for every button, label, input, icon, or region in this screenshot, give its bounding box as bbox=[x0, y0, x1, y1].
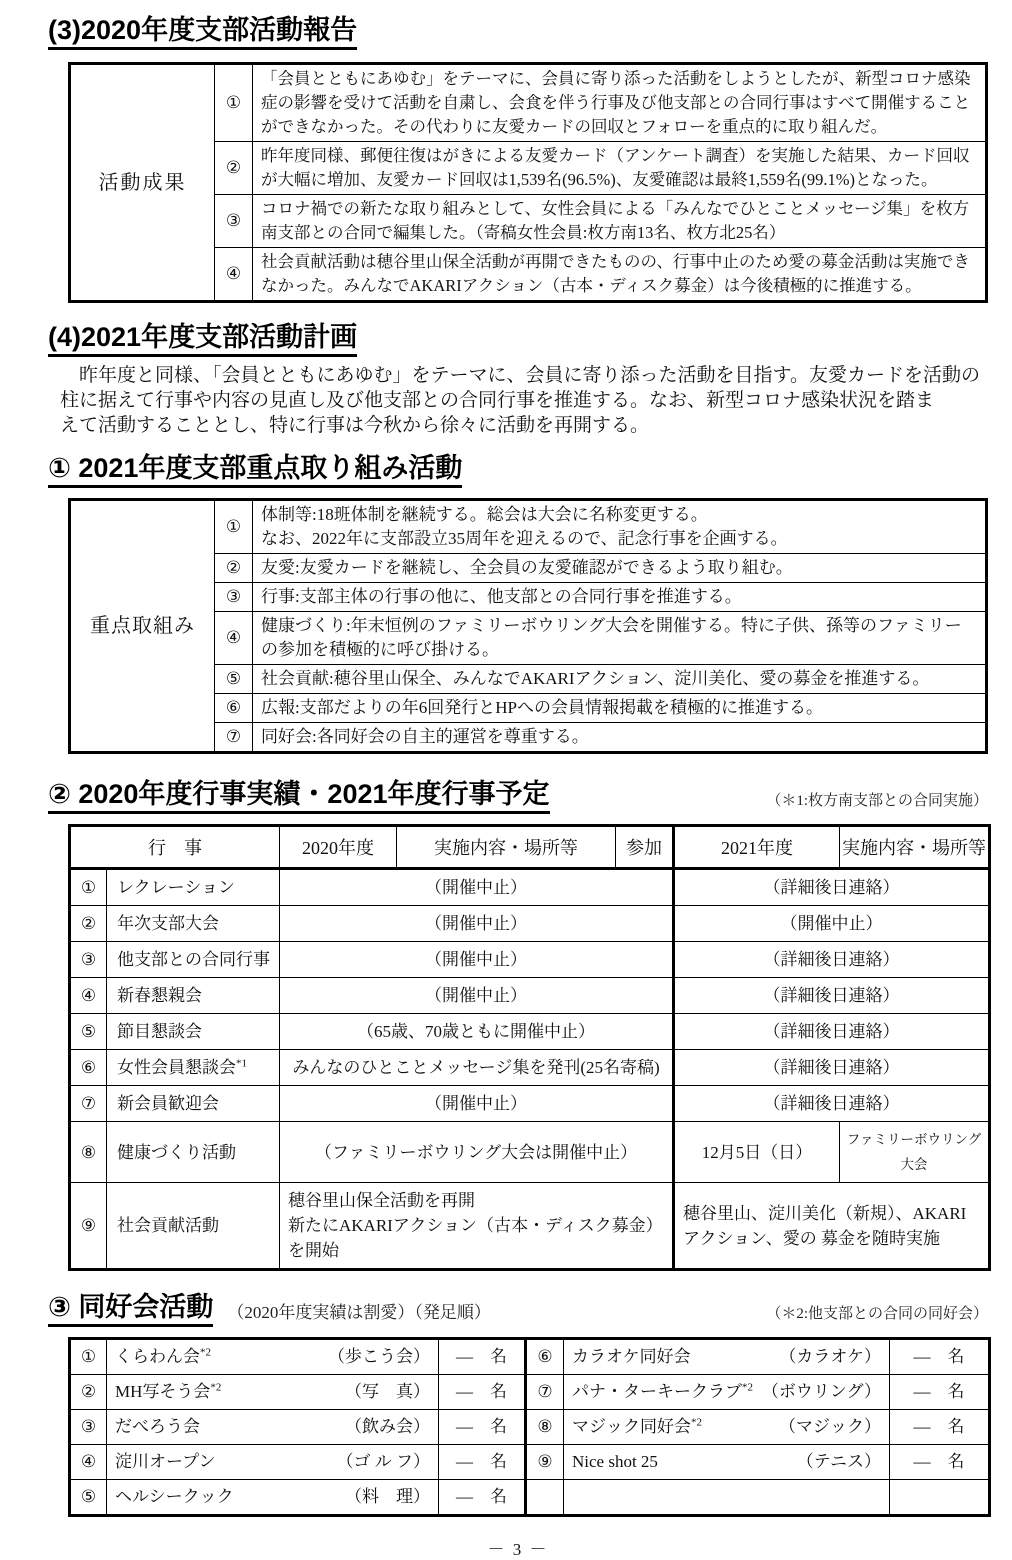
club-number: ⑥ bbox=[526, 1339, 564, 1375]
item-number: ② bbox=[215, 554, 253, 583]
item-number: ④ bbox=[215, 612, 253, 665]
club-row: ① くらわん会*2（歩こう会） ― 名 ⑥ カラオケ同好会（カラオケ） ― 名 bbox=[70, 1339, 990, 1375]
club-name: マジック同好会*2 bbox=[572, 1414, 702, 1440]
section3-title: (3)2020年度支部活動報告 bbox=[48, 14, 988, 50]
club-count: ― 名 bbox=[439, 1410, 526, 1445]
club-name-cell bbox=[564, 1480, 890, 1516]
col-header-detail-2020: 実施内容・場所等 bbox=[397, 826, 616, 869]
event-2020-status: みんなのひとことメッセージ集を発刊(25名寄稿) bbox=[280, 1050, 674, 1086]
club-name-cell: マジック同好会*2（マジック） bbox=[564, 1410, 890, 1445]
event-2020-status: （65歳、70歳ともに開催中止） bbox=[280, 1014, 674, 1050]
item-number: ① bbox=[215, 500, 253, 554]
item-number: ③ bbox=[215, 583, 253, 612]
event-name: 他支部との合同行事 bbox=[107, 942, 280, 978]
events-note: （＊1:枚方南支部との合同実施） bbox=[766, 789, 988, 814]
event-row: ⑥ 女性会員懇談会*1 みんなのひとことメッセージ集を発刊(25名寄稿) （詳細… bbox=[70, 1050, 990, 1086]
club-name: くらわん会*2 bbox=[115, 1344, 211, 1370]
event-2021-status: （詳細後日連絡） bbox=[674, 978, 990, 1014]
section4-title-text: (4)2021年度支部活動計画 bbox=[48, 321, 357, 357]
event-2021-status: （詳細後日連絡） bbox=[674, 869, 990, 906]
event-name: 社会貢献活動 bbox=[107, 1183, 280, 1270]
club-count bbox=[890, 1480, 990, 1516]
event-row: ⑦ 新会員歓迎会 （開催中止） （詳細後日連絡） bbox=[70, 1086, 990, 1122]
events-title-bar: ② 2020年度行事実績・2021年度行事予定 （＊1:枚方南支部との合同実施） bbox=[48, 778, 988, 814]
event-2020-status: （ファミリーボウリング大会は開催中止） bbox=[280, 1122, 674, 1183]
events-title: ② 2020年度行事実績・2021年度行事予定 bbox=[48, 778, 550, 814]
focus-text: 友愛:友愛カードを継続し、全会員の友愛確認ができるよう取り組む。 bbox=[253, 554, 987, 583]
club-count: ― 名 bbox=[439, 1375, 526, 1410]
club-type: （ボウリング） bbox=[762, 1379, 881, 1405]
event-number: ⑤ bbox=[70, 1014, 107, 1050]
event-row: ① レクレーション （開催中止） （詳細後日連絡） bbox=[70, 869, 990, 906]
club-name-cell: くらわん会*2（歩こう会） bbox=[107, 1339, 439, 1375]
club-row: ② MH写そう会*2（写 真） ― 名 ⑦ パナ・ターキークラブ*2（ボウリング… bbox=[70, 1375, 990, 1410]
club-type: （カラオケ） bbox=[779, 1344, 881, 1370]
focus-text: 行事:支部主体の行事の他に、他支部との合同行事を推進する。 bbox=[253, 583, 987, 612]
event-2020-status: 穂谷里山保全活動を再開 新たにAKARIアクション（古本・ディスク募金）を開始 bbox=[280, 1183, 674, 1270]
focus-activities-title-text: ① 2021年度支部重点取り組み活動 bbox=[48, 452, 462, 488]
item-number: ③ bbox=[215, 195, 253, 248]
club-footnote: *2 bbox=[200, 1346, 211, 1358]
club-type: （ゴ ル フ） bbox=[337, 1449, 431, 1475]
club-footnote: *2 bbox=[742, 1381, 753, 1393]
event-name: 新会員歓迎会 bbox=[107, 1086, 280, 1122]
item-number: ① bbox=[215, 64, 253, 142]
event-name: 年次支部大会 bbox=[107, 906, 280, 942]
event-number: ④ bbox=[70, 978, 107, 1014]
club-type: （マジック） bbox=[779, 1414, 881, 1440]
club-name-cell: パナ・ターキークラブ*2（ボウリング） bbox=[564, 1375, 890, 1410]
focus-text: 健康づくり:年末恒例のファミリーボウリング大会を開催する。特に子供、孫等のファミ… bbox=[253, 612, 987, 665]
club-count: ― 名 bbox=[439, 1445, 526, 1480]
event-2021-status: （詳細後日連絡） bbox=[674, 1086, 990, 1122]
event-2020-status: （開催中止） bbox=[280, 942, 674, 978]
club-count: ― 名 bbox=[890, 1410, 990, 1445]
club-count: ― 名 bbox=[890, 1339, 990, 1375]
club-count: ― 名 bbox=[890, 1445, 990, 1480]
item-number: ② bbox=[215, 142, 253, 195]
event-number: ⑨ bbox=[70, 1183, 107, 1270]
col-header-detail-2021: 実施内容・場所等 bbox=[840, 826, 990, 869]
event-2021-status: （詳細後日連絡） bbox=[674, 1014, 990, 1050]
club-name-cell: だべろう会（飲み会） bbox=[107, 1410, 439, 1445]
club-count: ― 名 bbox=[439, 1480, 526, 1516]
event-number: ⑦ bbox=[70, 1086, 107, 1122]
section3-title-text: (3)2020年度支部活動報告 bbox=[48, 14, 357, 50]
result-text: 「会員とともにあゆむ」をテーマに、会員に寄り添った活動をしようとしたが、新型コロ… bbox=[253, 64, 987, 142]
clubs-note: （＊2:他支部との合同の同好会） bbox=[766, 1302, 988, 1327]
event-row: ③ 他支部との合同行事 （開催中止） （詳細後日連絡） bbox=[70, 942, 990, 978]
event-2020-status: （開催中止） bbox=[280, 906, 674, 942]
club-type: （歩こう会） bbox=[328, 1344, 430, 1370]
event-row: ⑨ 社会貢献活動 穂谷里山保全活動を再開 新たにAKARIアクション（古本・ディ… bbox=[70, 1183, 990, 1270]
clubs-title-bar: ③ 同好会活動 （2020年度実績は割愛）（発足順） （＊2:他支部との合同の同… bbox=[48, 1291, 988, 1327]
event-row: ⑤ 節目懇談会 （65歳、70歳ともに開催中止） （詳細後日連絡） bbox=[70, 1014, 990, 1050]
events-table: 行 事 2020年度 実施内容・場所等 参加 2021年度 実施内容・場所等 ①… bbox=[68, 824, 991, 1271]
item-number: ⑤ bbox=[215, 665, 253, 694]
event-2021-detail: ファミリーボウリング大会 bbox=[840, 1122, 990, 1183]
event-name: 女性会員懇談会*1 bbox=[107, 1050, 280, 1086]
club-row: ④ 淀川オープン（ゴ ル フ） ― 名 ⑨ Nice shot 25（テニス） … bbox=[70, 1445, 990, 1480]
clubs-title: ③ 同好会活動 bbox=[48, 1291, 213, 1327]
club-type: （料 理） bbox=[345, 1484, 430, 1510]
event-name-text: 女性会員懇談会 bbox=[117, 1058, 236, 1077]
event-name: 節目懇談会 bbox=[107, 1014, 280, 1050]
club-number: ⑨ bbox=[526, 1445, 564, 1480]
club-number: ⑤ bbox=[70, 1480, 107, 1516]
page-number: － 3 － bbox=[48, 1535, 988, 1560]
club-name-cell: 淀川オープン（ゴ ル フ） bbox=[107, 1445, 439, 1480]
club-name: カラオケ同好会 bbox=[572, 1344, 691, 1370]
section4-title: (4)2021年度支部活動計画 bbox=[48, 321, 988, 357]
club-name: パナ・ターキークラブ*2 bbox=[572, 1379, 753, 1405]
club-number: ④ bbox=[70, 1445, 107, 1480]
result-text: コロナ禍での新たな取り組みとして、女性会員による「みんなでひとことメッセージ集」… bbox=[253, 195, 987, 248]
club-name-cell: MH写そう会*2（写 真） bbox=[107, 1375, 439, 1410]
club-footnote: *2 bbox=[210, 1381, 221, 1393]
event-number: ⑥ bbox=[70, 1050, 107, 1086]
event-2020-status: （開催中止） bbox=[280, 1086, 674, 1122]
row-header-focus: 重点取組み bbox=[70, 500, 215, 753]
event-name: レクレーション bbox=[107, 869, 280, 906]
table-row: 活動成果 ① 「会員とともにあゆむ」をテーマに、会員に寄り添った活動をしようとし… bbox=[70, 64, 987, 142]
events-title-text: ② 2020年度行事実績・2021年度行事予定 bbox=[48, 778, 550, 814]
club-footnote: *2 bbox=[691, 1416, 702, 1428]
clubs-title-group: ③ 同好会活動 （2020年度実績は割愛）（発足順） bbox=[48, 1291, 491, 1327]
club-name: 淀川オープン bbox=[115, 1449, 215, 1475]
club-type: （飲み会） bbox=[345, 1414, 430, 1440]
focus-text: 社会貢献:穂谷里山保全、みんなでAKARIアクション、淀川美化、愛の募金を推進す… bbox=[253, 665, 987, 694]
club-row: ③ だべろう会（飲み会） ― 名 ⑧ マジック同好会*2（マジック） ― 名 bbox=[70, 1410, 990, 1445]
event-2021-date: 12月5日（日） bbox=[674, 1122, 840, 1183]
event-name: 新春懇親会 bbox=[107, 978, 280, 1014]
event-2021-status: （詳細後日連絡） bbox=[674, 1050, 990, 1086]
event-row: ② 年次支部大会 （開催中止） （開催中止） bbox=[70, 906, 990, 942]
event-2020-status: （開催中止） bbox=[280, 869, 674, 906]
event-name-footnote: *1 bbox=[236, 1057, 247, 1069]
col-header-2020: 2020年度 bbox=[280, 826, 397, 869]
club-count: ― 名 bbox=[890, 1375, 990, 1410]
event-2021-status: 穂谷里山、淀川美化（新規）、AKARI アクション、愛の 募金を随時実施 bbox=[674, 1183, 990, 1270]
event-number: ⑧ bbox=[70, 1122, 107, 1183]
focus-activities-title: ① 2021年度支部重点取り組み活動 bbox=[48, 452, 988, 488]
club-name-cell: ヘルシークック（料 理） bbox=[107, 1480, 439, 1516]
club-row: ⑤ ヘルシークック（料 理） ― 名 bbox=[70, 1480, 990, 1516]
club-name: Nice shot 25 bbox=[572, 1449, 658, 1475]
club-name: MH写そう会*2 bbox=[115, 1379, 221, 1405]
col-header-participation: 参加 bbox=[616, 826, 674, 869]
result-text: 社会貢献活動は穂谷里山保全活動が再開できたものの、行事中止のため愛の募金活動は実… bbox=[253, 248, 987, 302]
section4-paragraph: 昨年度と同様、「会員とともにあゆむ」をテーマに、会員に寄り添った活動を目指す。友… bbox=[60, 363, 990, 438]
event-number: ③ bbox=[70, 942, 107, 978]
club-number: ③ bbox=[70, 1410, 107, 1445]
club-type: （テニス） bbox=[797, 1449, 881, 1475]
club-number: ① bbox=[70, 1339, 107, 1375]
col-header-event: 行 事 bbox=[70, 826, 280, 869]
event-name: 健康づくり活動 bbox=[107, 1122, 280, 1183]
clubs-subnote: （2020年度実績は割愛）（発足順） bbox=[227, 1298, 491, 1327]
event-row: ④ 新春懇親会 （開催中止） （詳細後日連絡） bbox=[70, 978, 990, 1014]
club-number: ⑦ bbox=[526, 1375, 564, 1410]
activity-results-table: 活動成果 ① 「会員とともにあゆむ」をテーマに、会員に寄り添った活動をしようとし… bbox=[68, 62, 988, 303]
table-row: 重点取組み ① 体制等:18班体制を継続する。総会は大会に名称変更する。 なお、… bbox=[70, 500, 987, 554]
clubs-title-text: ③ 同好会活動 bbox=[48, 1291, 213, 1327]
club-count: ― 名 bbox=[439, 1339, 526, 1375]
club-number: ⑧ bbox=[526, 1410, 564, 1445]
focus-text: 同好会:各同好会の自主的運営を尊重する。 bbox=[253, 723, 987, 753]
event-2021-status: （開催中止） bbox=[674, 906, 990, 942]
club-name-cell: Nice shot 25（テニス） bbox=[564, 1445, 890, 1480]
focus-text: 体制等:18班体制を継続する。総会は大会に名称変更する。 なお、2022年に支部… bbox=[253, 500, 987, 554]
result-text: 昨年度同様、郵便往復はがきによる友愛カード（アンケート調査）を実施した結果、カー… bbox=[253, 142, 987, 195]
event-row: ⑧ 健康づくり活動 （ファミリーボウリング大会は開催中止） 12月5日（日） フ… bbox=[70, 1122, 990, 1183]
event-number: ① bbox=[70, 869, 107, 906]
item-number: ④ bbox=[215, 248, 253, 302]
events-header-row: 行 事 2020年度 実施内容・場所等 参加 2021年度 実施内容・場所等 bbox=[70, 826, 990, 869]
item-number: ⑦ bbox=[215, 723, 253, 753]
club-number: ② bbox=[70, 1375, 107, 1410]
report-page: { "page": { "footer": "－ 3 －" }, "s3": {… bbox=[0, 0, 1012, 1423]
focus-text: 広報:支部だよりの年6回発行とHPへの会員情報掲載を積極的に推進する。 bbox=[253, 694, 987, 723]
item-number: ⑥ bbox=[215, 694, 253, 723]
event-2020-status: （開催中止） bbox=[280, 978, 674, 1014]
row-header-activity-results: 活動成果 bbox=[70, 64, 215, 302]
clubs-table: ① くらわん会*2（歩こう会） ― 名 ⑥ カラオケ同好会（カラオケ） ― 名 … bbox=[68, 1337, 991, 1517]
club-name: だべろう会 bbox=[115, 1414, 200, 1440]
club-type: （写 真） bbox=[345, 1379, 430, 1405]
club-number bbox=[526, 1480, 564, 1516]
col-header-2021: 2021年度 bbox=[674, 826, 840, 869]
focus-activities-table: 重点取組み ① 体制等:18班体制を継続する。総会は大会に名称変更する。 なお、… bbox=[68, 498, 988, 754]
event-number: ② bbox=[70, 906, 107, 942]
event-2021-status: （詳細後日連絡） bbox=[674, 942, 990, 978]
club-name-cell: カラオケ同好会（カラオケ） bbox=[564, 1339, 890, 1375]
club-name: ヘルシークック bbox=[115, 1484, 234, 1510]
